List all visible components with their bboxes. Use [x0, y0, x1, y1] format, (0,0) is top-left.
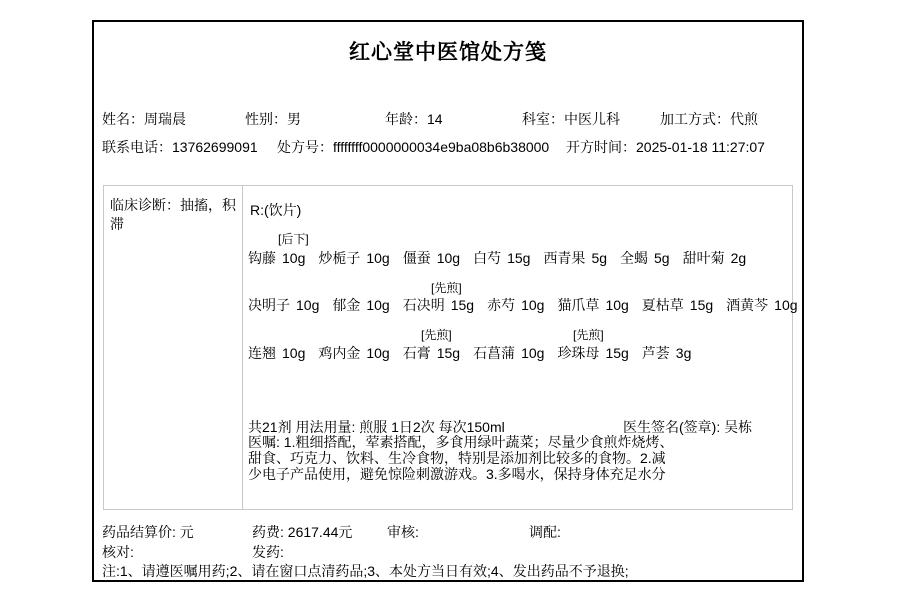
herb-quantity: 10g: [296, 297, 319, 313]
herb-name: 白芍: [473, 250, 501, 266]
patient-age-field: 年龄：14: [385, 109, 443, 129]
patient-gender-label: 性别：: [245, 111, 287, 127]
herb-name: 芦荟: [642, 345, 670, 361]
herb-quantity: 10g: [282, 250, 305, 266]
herb-item: 连翘10g: [248, 343, 305, 363]
issue-time-field: 开方时间：2025-01-18 11:27:07: [566, 137, 765, 157]
clinical-diagnosis: 临床诊断：抽搐，积滞: [110, 196, 238, 234]
herb-quantity: 3g: [676, 345, 692, 361]
herb-quantity: 10g: [774, 297, 797, 313]
herb-name: 炒栀子: [318, 250, 360, 266]
herb-name: 石膏: [403, 345, 431, 361]
rx-header: R:(饮片): [250, 200, 301, 220]
herb-line: 钩藤10g炒栀子10g僵蚕10g白芍15g西青果5g全蝎5g甜叶菊2g: [248, 248, 746, 268]
herb-quantity: 2g: [731, 250, 747, 266]
herb-item: 珍珠母15g: [557, 343, 628, 363]
herb-quantity: 10g: [366, 250, 389, 266]
herb-item: 决明子10g: [248, 295, 319, 315]
herb-item: 全蝎5g: [620, 248, 670, 268]
herb-item: 芦荟3g: [642, 343, 692, 363]
herb-name: 夏枯草: [642, 297, 684, 313]
herb-item: 炒栀子10g: [318, 248, 389, 268]
processing-method-label: 加工方式：: [660, 111, 730, 127]
patient-name-value: 周瑞晨: [144, 111, 186, 127]
herb-name: 石决明: [403, 297, 445, 313]
doctor-signature-label: 医生签名(签章):: [623, 419, 724, 435]
decoction-annotation: [先煎]: [421, 326, 452, 343]
herb-line: 连翘10g鸡内金10g石膏15g石菖蒲10g珍珠母15g芦荟3g: [248, 343, 691, 363]
medical-advice: 医嘱: 1.粗细搭配，荤素搭配，多食用绿叶蔬菜；尽量少食煎炸烧烤、甜食、巧克力、…: [248, 434, 676, 482]
processing-method-value: 代煎: [730, 111, 758, 127]
herb-item: 白芍15g: [473, 248, 530, 268]
herb-quantity: 15g: [451, 297, 474, 313]
herb-quantity: 15g: [690, 297, 713, 313]
decoction-annotation: [先煎]: [573, 326, 604, 343]
issue-medicine-field: 发药:: [252, 542, 284, 562]
herb-item: 鸡内金10g: [318, 343, 389, 363]
herb-quantity: 5g: [591, 250, 607, 266]
settlement-price-value: 元: [180, 524, 194, 540]
patient-gender-field: 性别：男: [245, 109, 301, 129]
herb-line: 决明子10g郁金10g石决明15g赤芍10g猫爪草10g夏枯草15g酒黄芩10g: [248, 295, 798, 315]
herb-quantity: 15g: [437, 345, 460, 361]
decoction-annotation: [先煎]: [431, 279, 462, 296]
herb-item: 郁金10g: [332, 295, 389, 315]
herb-name: 决明子: [248, 297, 290, 313]
prescription-sheet: 红心堂中医馆处方笺 姓名：周瑞晨 性别：男 年龄：14 科室：中医儿科 加工方式…: [92, 20, 804, 582]
herb-name: 珍珠母: [557, 345, 599, 361]
herb-item: 猫爪草10g: [557, 295, 628, 315]
herb-name: 钩藤: [248, 250, 276, 266]
phone-label: 联系电话：: [102, 139, 172, 155]
settlement-price-label: 药品结算价:: [102, 524, 180, 540]
herb-item: 钩藤10g: [248, 248, 305, 268]
herb-item: 西青果5g: [543, 248, 607, 268]
herb-name: 全蝎: [620, 250, 648, 266]
medicine-fee-label: 药费:: [252, 524, 288, 540]
herb-quantity: 10g: [521, 345, 544, 361]
patient-gender-value: 男: [287, 111, 301, 127]
herb-quantity: 15g: [605, 345, 628, 361]
herb-item: 夏枯草15g: [642, 295, 713, 315]
herb-name: 连翘: [248, 345, 276, 361]
herb-quantity: 10g: [366, 297, 389, 313]
diagnosis-divider: [242, 186, 243, 509]
patient-department-value: 中医儿科: [564, 111, 620, 127]
herb-item: 石决明15g: [403, 295, 474, 315]
dispense-field: 调配:: [529, 522, 561, 542]
herb-quantity: 10g: [282, 345, 305, 361]
issue-time-value: 2025-01-18 11:27:07: [636, 139, 765, 155]
herb-quantity: 5g: [654, 250, 670, 266]
patient-department-label: 科室：: [522, 111, 564, 127]
herb-item: 石膏15g: [403, 343, 460, 363]
doctor-signature-value: 吴栋: [724, 419, 752, 435]
patient-department-field: 科室：中医儿科: [522, 109, 620, 129]
rx-number-value: ffffffff0000000034e9ba08b6b38000: [333, 139, 549, 155]
clinical-diagnosis-label: 临床诊断：: [110, 197, 180, 213]
herb-name: 西青果: [543, 250, 585, 266]
herb-item: 赤芍10g: [487, 295, 544, 315]
patient-age-label: 年龄：: [385, 111, 427, 127]
herb-name: 石菖蒲: [473, 345, 515, 361]
herb-name: 郁金: [332, 297, 360, 313]
processing-method-field: 加工方式：代煎: [660, 109, 758, 129]
page-title: 红心堂中医馆处方笺: [94, 36, 802, 66]
herb-quantity: 10g: [437, 250, 460, 266]
herb-item: 僵蚕10g: [403, 248, 460, 268]
herb-name: 赤芍: [487, 297, 515, 313]
herb-name: 僵蚕: [403, 250, 431, 266]
footer-note: 注:1、请遵医嘱用药;2、请在窗口点清药品;3、本处方当日有效;4、发出药品不予…: [102, 561, 629, 581]
settlement-price-field: 药品结算价: 元: [102, 522, 194, 542]
rx-number-label: 处方号：: [277, 139, 333, 155]
phone-field: 联系电话：13762699091: [102, 137, 258, 157]
herb-name: 甜叶菊: [683, 250, 725, 266]
patient-name-field: 姓名：周瑞晨: [102, 109, 186, 129]
herb-quantity: 10g: [521, 297, 544, 313]
patient-name-label: 姓名：: [102, 111, 144, 127]
herb-item: 酒黄芩10g: [726, 295, 797, 315]
issue-time-label: 开方时间：: [566, 139, 636, 155]
herb-name: 鸡内金: [318, 345, 360, 361]
herb-quantity: 10g: [605, 297, 628, 313]
decoction-annotation: [后下]: [278, 230, 309, 247]
herb-quantity: 15g: [507, 250, 530, 266]
phone-value: 13762699091: [172, 139, 258, 155]
herb-quantity: 10g: [366, 345, 389, 361]
rx-number-field: 处方号：ffffffff0000000034e9ba08b6b38000: [277, 137, 549, 157]
medicine-fee-field: 药费: 2617.44元: [252, 522, 352, 542]
check-field: 核对:: [102, 542, 134, 562]
prescription-box: 临床诊断：抽搐，积滞 R:(饮片) [后下] 钩藤10g炒栀子10g僵蚕10g白…: [103, 185, 793, 510]
patient-age-value: 14: [427, 111, 443, 127]
herb-item: 石菖蒲10g: [473, 343, 544, 363]
herb-name: 猫爪草: [557, 297, 599, 313]
herb-item: 甜叶菊2g: [683, 248, 747, 268]
review-field: 审核:: [387, 522, 419, 542]
herb-name: 酒黄芩: [726, 297, 768, 313]
medicine-fee-value: 2617.44元: [288, 524, 353, 540]
